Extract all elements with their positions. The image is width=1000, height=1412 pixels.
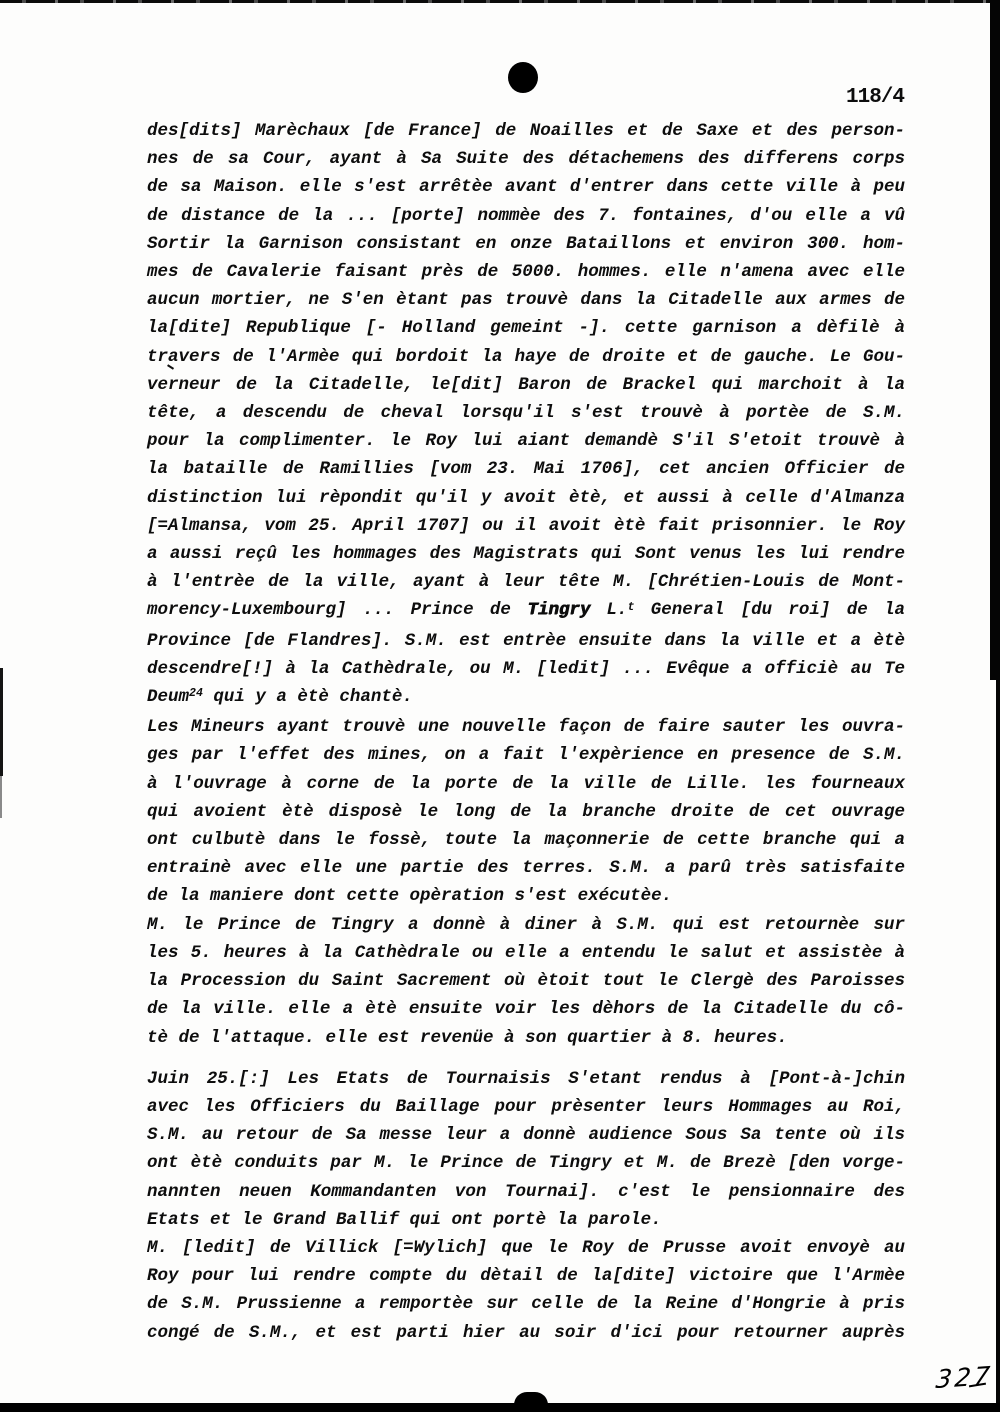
text-line: mes de Cavalerie faisant près de 5000. h… <box>147 258 905 286</box>
text-segment: des[dits] Marèchaux [de France] de Noail… <box>147 121 905 141</box>
text-segment: M. [ledit] de Villick [=Wylich] que le R… <box>147 1238 905 1258</box>
text-segment: à l'ouvrage à corne de la porte de la vi… <box>147 774 905 794</box>
text-line: nannten neuen Kommandanten von Tournai].… <box>147 1178 905 1206</box>
text-segment: ges par l'effet des mines, on a fait l'e… <box>147 745 905 765</box>
text-line: de la maniere dont cette opèration s'est… <box>147 882 905 910</box>
text-segment: la Procession du Saint Sacrement où ètoi… <box>147 971 905 991</box>
text-line: [=Almansa, vom 25. April 1707] ou il avo… <box>147 512 905 540</box>
text-segment: M. le Prince de Tingry a donnè à diner à… <box>147 915 905 935</box>
text-line: Etats et le Grand Ballif qui ont portè l… <box>147 1206 905 1234</box>
text-segment: Les Mineurs ayant trouvè une nouvelle fa… <box>147 717 905 737</box>
text-line: aucun mortier, ne S'en ètant pas trouvè … <box>147 286 905 314</box>
text-segment: [=Almansa, vom 25. April 1707] ou il avo… <box>147 516 905 536</box>
scanned-page: 118/4 des[dits] Marèchaux [de France] de… <box>0 0 1000 1412</box>
text-segment: ont culbutè dans le fossè, toute la maço… <box>147 830 905 850</box>
text-line: la bataille de Ramillies [vom 23. Mai 17… <box>147 455 905 483</box>
text-segment: Sortir la Garnison consistant en onze Ba… <box>147 234 905 254</box>
text-line: tè de l'attaque. elle est revenüe à son … <box>147 1024 905 1052</box>
text-segment: Roy pour lui rendre compte du dètail de … <box>147 1266 905 1286</box>
text-segment: aucun mortier, ne S'en ètant pas trouvè … <box>147 290 905 310</box>
text-segment: tête, a descendu de cheval lorsqu'il s'e… <box>147 403 905 423</box>
text-line: Juin 25.[:] Les Etats de Tournaisis S'et… <box>147 1065 905 1093</box>
text-segment: de la maniere dont cette opèration s'est… <box>147 886 672 906</box>
text-line: verneur de la Citadelle, le[dit] Baron d… <box>147 371 905 399</box>
superscript-text: t <box>628 601 635 614</box>
text-segment: tè de l'attaque. elle est revenüe à son … <box>147 1028 788 1048</box>
text-segment: les 5. heures à la Cathèdrale ou elle a … <box>147 943 905 963</box>
text-line: a aussi reçû les hommages des Magistrats… <box>147 540 905 568</box>
text-segment: Province [de Flandres]. S.M. est entrèe … <box>147 631 905 651</box>
text-segment: morency-Luxembourg] ... Prince de <box>147 600 527 620</box>
text-line: Sortir la Garnison consistant en onze Ba… <box>147 230 905 258</box>
text-line: Deum24 qui y a ètè chantè. <box>147 683 905 713</box>
text-segment: pour la complimenter. le Roy lui aiant d… <box>147 431 905 451</box>
emphasized-text: Tingry <box>527 600 590 620</box>
text-segment: de distance de la ... [porte] nommèe des… <box>147 206 905 226</box>
text-segment: avec les Officiers du Baillage pour près… <box>147 1097 905 1117</box>
text-line: morency-Luxembourg] ... Prince de Tingry… <box>147 596 905 626</box>
text-segment: distinction lui rèpondit qu'il y avoit è… <box>147 488 905 508</box>
text-segment: à l'entrèe de la ville, ayant à leur têt… <box>147 572 905 592</box>
text-line: de la ville. elle a ètè ensuite voir les… <box>147 995 905 1023</box>
text-line: Roy pour lui rendre compte du dètail de … <box>147 1262 905 1290</box>
text-line: distinction lui rèpondit qu'il y avoit è… <box>147 484 905 512</box>
superscript-text: 24 <box>189 687 203 700</box>
text-segment: mes de Cavalerie faisant près de 5000. h… <box>147 262 905 282</box>
page-number: 118/4 <box>846 86 904 109</box>
text-segment: la[dite] Republique [- Holland gemeint -… <box>147 318 905 338</box>
left-scan-artifact-faint <box>0 776 2 818</box>
text-segment: qui y a ètè chantè. <box>203 687 413 707</box>
text-segment: de S.M. Prussienne a remportèe sur celle… <box>147 1294 905 1314</box>
text-line: travers de l'Armèe qui bordoit la haye d… <box>147 343 905 371</box>
text-segment: entrainè avec elle une partie des terres… <box>147 858 905 878</box>
text-line: Les Mineurs ayant trouvè une nouvelle fa… <box>147 713 905 741</box>
text-line: tête, a descendu de cheval lorsqu'il s'e… <box>147 399 905 427</box>
right-scan-edge-lower <box>996 660 1000 1412</box>
text-line: les 5. heures à la Cathèdrale ou elle a … <box>147 939 905 967</box>
text-line: qui avoient ètè disposè le long de la br… <box>147 798 905 826</box>
text-line: ont ètè conduits par M. le Prince de Tin… <box>147 1149 905 1177</box>
text-segment: a aussi reçû les hommages des Magistrats… <box>147 544 905 564</box>
text-line: S.M. au retour de Sa messe leur a donnè … <box>147 1121 905 1149</box>
text-line: M. le Prince de Tingry a donnè à diner à… <box>147 911 905 939</box>
text-line: entrainè avec elle une partie des terres… <box>147 854 905 882</box>
text-segment: Etats et le Grand Ballif qui ont portè l… <box>147 1210 662 1230</box>
text-line: de distance de la ... [porte] nommèe des… <box>147 202 905 230</box>
text-segment: General [du roi] de la <box>635 600 906 620</box>
text-segment: congé de S.M., et est parti hier au soir… <box>147 1323 905 1343</box>
text-segment: nannten neuen Kommandanten von Tournai].… <box>147 1182 905 1202</box>
bottom-scan-edge <box>0 1403 1000 1412</box>
text-segment: Deum <box>147 687 189 707</box>
text-segment: la bataille de Ramillies [vom 23. Mai 17… <box>147 459 905 479</box>
text-line: de sa Maison. elle s'est arrêtèe avant d… <box>147 173 905 201</box>
text-line: congé de S.M., et est parti hier au soir… <box>147 1319 905 1347</box>
text-line: ges par l'effet des mines, on a fait l'e… <box>147 741 905 769</box>
text-line: M. [ledit] de Villick [=Wylich] que le R… <box>147 1234 905 1262</box>
text-segment: descendre[!] à la Cathèdrale, ou M. [led… <box>147 659 905 679</box>
text-segment: L. <box>590 600 627 620</box>
text-segment: Juin 25.[:] Les Etats de Tournaisis S'et… <box>147 1069 905 1089</box>
text-segment: nes de sa Cour, ayant à Sa Suite des dét… <box>147 149 905 169</box>
text-line: ont culbutè dans le fossè, toute la maço… <box>147 826 905 854</box>
text-line: pour la complimenter. le Roy lui aiant d… <box>147 427 905 455</box>
right-scan-edge <box>990 0 1000 680</box>
text-line: nes de sa Cour, ayant à Sa Suite des dét… <box>147 145 905 173</box>
registration-dot-icon <box>508 62 538 93</box>
text-line: à l'ouvrage à corne de la porte de la vi… <box>147 770 905 798</box>
text-segment: S.M. au retour de Sa messe leur a donnè … <box>147 1125 905 1145</box>
handwritten-folio-number: 327 <box>935 1361 995 1394</box>
text-segment: ont ètè conduits par M. le Prince de Tin… <box>147 1153 905 1173</box>
text-line: de S.M. Prussienne a remportèe sur celle… <box>147 1290 905 1318</box>
text-line: Province [de Flandres]. S.M. est entrèe … <box>147 627 905 655</box>
text-line: la Procession du Saint Sacrement où ètoi… <box>147 967 905 995</box>
text-line: des[dits] Marèchaux [de France] de Noail… <box>147 117 905 145</box>
top-scan-edge <box>0 0 1000 3</box>
text-line: descendre[!] à la Cathèdrale, ou M. [led… <box>147 655 905 683</box>
body-text: des[dits] Marèchaux [de France] de Noail… <box>147 117 905 1347</box>
text-segment: qui avoient ètè disposè le long de la br… <box>147 802 905 822</box>
text-line: avec les Officiers du Baillage pour près… <box>147 1093 905 1121</box>
text-segment: de la ville. elle a ètè ensuite voir les… <box>147 999 905 1019</box>
text-line: à l'entrèe de la ville, ayant à leur têt… <box>147 568 905 596</box>
text-segment: travers de l'Armèe qui bordoit la haye d… <box>147 347 905 367</box>
text-segment: de sa Maison. elle s'est arrêtèe avant d… <box>147 177 905 197</box>
left-scan-artifact <box>0 668 3 776</box>
text-segment: verneur de la Citadelle, le[dit] Baron d… <box>147 375 905 395</box>
text-line: la[dite] Republique [- Holland gemeint -… <box>147 314 905 342</box>
